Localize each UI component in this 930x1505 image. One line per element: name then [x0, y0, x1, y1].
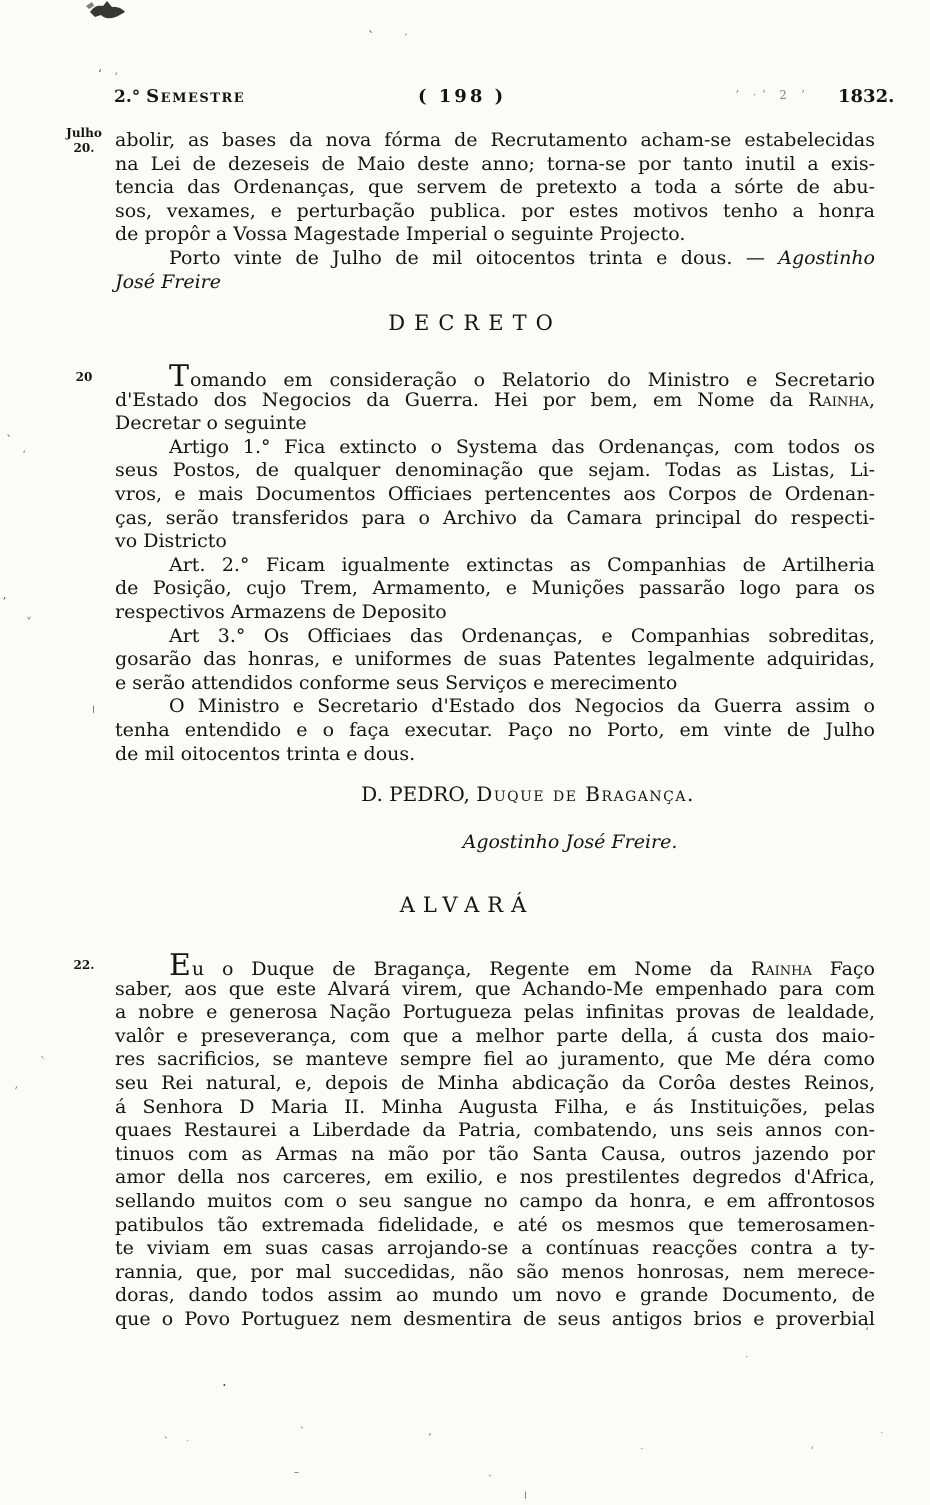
text-segment: Duque de Bragança. — [476, 782, 695, 806]
text-line: tinuos com as Armas na mão por tão Santa… — [115, 1143, 875, 1167]
header-semester: 2.° Semestre — [114, 86, 245, 107]
text-segment: O Ministro e Secretario d'Estado dos Neg… — [169, 695, 875, 717]
scan-speckle: ʻ — [98, 68, 102, 80]
text-segment: quaes Restaurei a Liberdade da Patria, c… — [115, 1119, 875, 1141]
text-segment: vros, e mais Documentos Officiaes perten… — [115, 483, 875, 505]
margin-note: 20 — [58, 370, 110, 385]
text-segment: Porto vinte de Julho de mil oitocentos t… — [169, 247, 778, 269]
text-line: de Posição, cujo Trem, Armamento, e Muni… — [115, 577, 875, 601]
text-segment: res sacrificios, se manteve sempre fiel … — [115, 1048, 875, 1070]
text-line: seus Postos, de qualquer denominação que… — [115, 459, 875, 483]
paragraph: Tomando em consideração o Relatorio do M… — [115, 365, 875, 766]
text-line: seu Rei natural, e, depois de Minha abdi… — [115, 1072, 875, 1096]
scan-speckle: ǀ — [92, 706, 95, 716]
text-segment: doras, dando todos assim ao mundo um nov… — [115, 1284, 875, 1306]
text-line: abolir, as bases da nova fórma de Recrut… — [115, 129, 875, 153]
text-line: que o Povo Portuguez nem desmentira de s… — [115, 1308, 875, 1332]
margin-note: Julho20. — [58, 126, 110, 156]
text-line: O Ministro e Secretario d'Estado dos Neg… — [115, 695, 875, 719]
scan-speckle: ˎ — [745, 1346, 749, 1357]
text-segment: Artigo 1.° Fica extincto o Systema das O… — [169, 436, 875, 458]
scan-speckle: ˎ — [640, 1438, 644, 1449]
text-line: tenha entendido e o faça executar. Paço … — [115, 719, 875, 743]
text-line: José Freire — [115, 271, 875, 295]
text-segment: vo Districto — [115, 530, 227, 552]
text-segment: na Lei de dezeseis de Maio deste anno; t… — [115, 153, 875, 175]
section-heading: DECRETO — [95, 311, 855, 335]
text-segment: Decretar o seguinte — [115, 412, 307, 434]
text-line: saber, aos que este Alvará virem, que Ac… — [115, 978, 875, 1002]
scan-speckle: ˎ — [404, 23, 408, 35]
paragraph: abolir, as bases da nova fórma de Recrut… — [115, 129, 875, 294]
text-segment: valôr e preseverança, com que a melhor p… — [115, 1025, 875, 1047]
text-segment: tencia das Ordenanças, que servem de pre… — [115, 176, 875, 198]
text-line: de mil oitocentos trinta e dous. — [115, 743, 875, 767]
text-segment: D. PEDRO, — [361, 782, 476, 806]
text-segment: sellando muitos com o seu sangue no camp… — [115, 1190, 875, 1212]
scan-speckle: ʼ — [22, 450, 26, 461]
text-segment: saber, aos que este Alvará virem, que Ac… — [115, 978, 875, 1000]
text-segment: patibulos tão extremada fidelidade, e at… — [115, 1214, 875, 1236]
text-segment: José Freire — [115, 271, 221, 293]
text-line: respectivos Armazens de Deposito — [115, 601, 875, 625]
scan-speckle: ˎ — [164, 1426, 168, 1438]
scan-speckle: ˋ — [368, 31, 375, 44]
text-segment: amor della nos carceres, em exilio, e no… — [115, 1166, 875, 1188]
text-line: na Lei de dezeseis de Maio deste anno; t… — [115, 153, 875, 177]
margin-note-line: Julho — [58, 126, 110, 141]
scan-speckle: – — [294, 1468, 299, 1478]
text-segment: de propôr a Vossa Magestade Imperial o s… — [115, 223, 685, 245]
text-line: sellando muitos com o seu sangue no camp… — [115, 1190, 875, 1214]
text-segment: á Senhora D Maria II. Minha Augusta Filh… — [115, 1096, 875, 1118]
text-line: de propôr a Vossa Magestade Imperial o s… — [115, 223, 875, 247]
text-segment: rannia, que, por mal succedidas, não são… — [115, 1261, 875, 1283]
text-segment: , — [869, 389, 875, 411]
text-line: te viviam em suas casas arrojando-se a c… — [115, 1237, 875, 1261]
text-segment: tenha entendido e o faça executar. Paço … — [115, 719, 875, 741]
text-segment: Agostinho José Freire. — [463, 831, 678, 853]
text-line: Eu o Duque de Bragança, Regente em Nome … — [115, 954, 875, 978]
text-segment: te viviam em suas casas arrojando-se a c… — [115, 1237, 875, 1259]
text-segment: e serão attendidos conforme seus Serviço… — [115, 672, 677, 694]
scan-speckle: ʻ — [428, 1432, 432, 1443]
scan-speckle: ˎ — [488, 1464, 492, 1476]
scan-speckle: ˬ — [26, 606, 32, 618]
text-segment: tinuos com as Armas na mão por tão Santa… — [115, 1143, 875, 1165]
scan-speckle: ʼ — [14, 1086, 18, 1097]
text-line: a nobre e generosa Nação Portugueza pela… — [115, 1001, 875, 1025]
text-segment: sos, vexames, e perturbação publica. por… — [115, 200, 875, 222]
paragraph: Eu o Duque de Bragança, Regente em Nome … — [115, 954, 875, 1332]
text-segment: Art 3.° Os Officiaes das Ordenanças, e C… — [169, 625, 875, 647]
text-segment: Rainha — [808, 389, 869, 411]
text-segment: Art. 2.° Ficam igualmente extinctas as C… — [169, 554, 875, 576]
margin-note: 22. — [58, 958, 110, 973]
text-line: Tomando em consideração o Relatorio do M… — [115, 365, 875, 389]
text-line: amor della nos carceres, em exilio, e no… — [115, 1166, 875, 1190]
text-segment: abolir, as bases da nova fórma de Recrut… — [115, 129, 875, 151]
text-line: d'Estado dos Negocios da Guerra. Hei por… — [115, 389, 875, 413]
text-line: valôr e preseverança, com que a melhor p… — [115, 1025, 875, 1049]
header-year: 1832. — [838, 86, 894, 107]
signature-line: Agostinho José Freire. — [190, 831, 930, 853]
header-print-artifact: ʼ ˑʼ 2 ʼ — [735, 88, 810, 102]
scan-speckle: ˎ — [880, 1422, 884, 1433]
text-line: res sacrificios, se manteve sempre fiel … — [115, 1048, 875, 1072]
margin-note-line: 20. — [58, 141, 110, 156]
margin-note-line: 20 — [58, 370, 110, 385]
text-line: ças, serão transferidos para o Archivo d… — [115, 507, 875, 531]
text-line: Decretar o seguinte — [115, 412, 875, 436]
signature-line: D. PEDRO, Duque de Bragança. — [148, 782, 908, 806]
text-segment: de Posição, cujo Trem, Armamento, e Muni… — [115, 577, 875, 599]
section-heading: ALVARÁ — [87, 893, 847, 917]
text-segment: Agostinho — [778, 247, 875, 269]
scan-speckle: ˋ — [40, 1056, 46, 1068]
text-segment: seus Postos, de qualquer denominação que… — [115, 459, 875, 481]
text-line: á Senhora D Maria II. Minha Augusta Filh… — [115, 1096, 875, 1120]
text-segment: ças, serão transferidos para o Archivo d… — [115, 507, 875, 529]
text-line: sos, vexames, e perturbação publica. por… — [115, 200, 875, 224]
header-page-number: ( 198 ) — [418, 86, 506, 107]
text-line: Art 3.° Os Officiaes das Ordenanças, e C… — [115, 625, 875, 649]
text-line: vo Districto — [115, 530, 875, 554]
scan-speckle: ʼ — [810, 1446, 814, 1457]
scan-speckle: · — [222, 1378, 227, 1393]
scanned-document-page: 2.° Semestre ( 198 ) ʼ ˑʼ 2 ʼ 1832. Julh… — [0, 0, 930, 1505]
header-semester-word: Semestre — [146, 86, 245, 107]
scan-speckle: ǀ — [524, 1492, 527, 1502]
margin-note-line: 22. — [58, 958, 110, 973]
scan-speckle: ˏ — [300, 1416, 304, 1428]
header-semester-number: 2.° — [114, 87, 140, 107]
text-line: Art. 2.° Ficam igualmente extinctas as C… — [115, 554, 875, 578]
text-line: Artigo 1.° Fica extincto o Systema das O… — [115, 436, 875, 460]
text-line: e serão attendidos conforme seus Serviço… — [115, 672, 875, 696]
text-segment: d'Estado dos Negocios da Guerra. Hei por… — [115, 389, 808, 411]
text-line: vros, e mais Documentos Officiaes perten… — [115, 483, 875, 507]
text-segment: a nobre e generosa Nação Portugueza pela… — [115, 1001, 875, 1023]
text-line: patibulos tão extremada fidelidade, e at… — [115, 1214, 875, 1238]
text-line: gosarão das honras, e uniformes de suas … — [115, 648, 875, 672]
scan-speckle: ʼ — [114, 72, 118, 83]
text-line: doras, dando todos assim ao mundo um nov… — [115, 1284, 875, 1308]
text-line: rannia, que, por mal succedidas, não são… — [115, 1261, 875, 1285]
ink-blot — [86, 0, 132, 20]
text-segment: seu Rei natural, e, depois de Minha abdi… — [115, 1072, 875, 1094]
scan-speckle: ˏ — [186, 1432, 189, 1442]
text-line: tencia das Ordenanças, que servem de pre… — [115, 176, 875, 200]
scan-speckle: ʼ — [2, 596, 6, 608]
scan-speckle: ˋ — [6, 435, 13, 448]
text-line: quaes Restaurei a Liberdade da Patria, c… — [115, 1119, 875, 1143]
text-segment: de mil oitocentos trinta e dous. — [115, 743, 415, 765]
text-segment: gosarão das honras, e uniformes de suas … — [115, 648, 875, 670]
text-segment: respectivos Armazens de Deposito — [115, 601, 447, 623]
text-segment: que o Povo Portuguez nem desmentira de s… — [115, 1308, 875, 1330]
text-line: Porto vinte de Julho de mil oitocentos t… — [115, 247, 875, 271]
